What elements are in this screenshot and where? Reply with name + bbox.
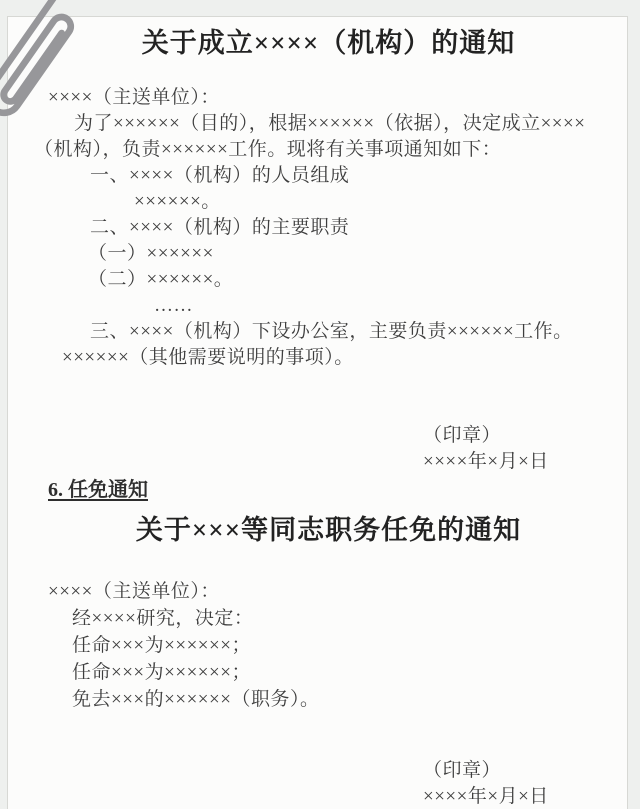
body-line: ××××××（其他需要说明的事项）。 [62, 345, 609, 371]
body-line: 免去×××的××××××（职务）。 [72, 686, 609, 713]
body-line: ××××（主送单位）： [48, 85, 609, 111]
notice1-signature-block: （印章） ××××年×月×日 [423, 423, 609, 475]
body-line: 三、××××（机构）下设办公室，主要负责××××××工作。 [90, 319, 609, 345]
body-line: ××××××。 [134, 189, 609, 215]
body-line: （一）×××××× [88, 241, 609, 267]
notice1-title: 关于成立××××（机构）的通知 [48, 25, 609, 61]
body-line: 一、××××（机构）的人员组成 [90, 163, 609, 189]
page-content: 关于成立××××（机构）的通知 ××××（主送单位）： 为了××××××（目的）… [8, 25, 627, 809]
notice2-signature-block: （印章） ××××年×月×日 [423, 758, 609, 809]
body-line: 经××××研究，决定： [72, 605, 609, 632]
notice2-title: 关于×××等同志职务任免的通知 [48, 512, 609, 548]
stamp-placeholder: （印章） [423, 758, 609, 784]
notice1-body: ××××（主送单位）： 为了××××××（目的），根据××××××（依据），决定… [48, 85, 609, 371]
date-line: ××××年×月×日 [423, 449, 609, 475]
body-line: 二、××××（机构）的主要职责 [90, 215, 609, 241]
notice2-body: ××××（主送单位）： 经××××研究，决定： 任命×××为××××××； 任命… [48, 578, 609, 713]
body-line: （二）××××××。 [88, 267, 609, 293]
body-line: 任命×××为××××××； [72, 659, 609, 686]
body-line: 为了××××××（目的），根据××××××（依据），决定成立×××× [74, 111, 609, 137]
document-page: 关于成立××××（机构）的通知 ××××（主送单位）： 为了××××××（目的）… [7, 16, 628, 809]
section-label-renmian-notice: 6. 任免通知 [48, 477, 148, 503]
body-line: 任命×××为××××××； [72, 632, 609, 659]
body-line: （机构），负责××××××工作。现将有关事项通知如下： [34, 137, 609, 163]
body-line: ××××（主送单位）： [48, 578, 609, 605]
scanned-document-screenshot: 关于成立××××（机构）的通知 ××××（主送单位）： 为了××××××（目的）… [0, 0, 640, 809]
date-line: ××××年×月×日 [423, 784, 609, 809]
stamp-placeholder: （印章） [423, 423, 609, 449]
ellipsis-line: …… [154, 293, 609, 319]
